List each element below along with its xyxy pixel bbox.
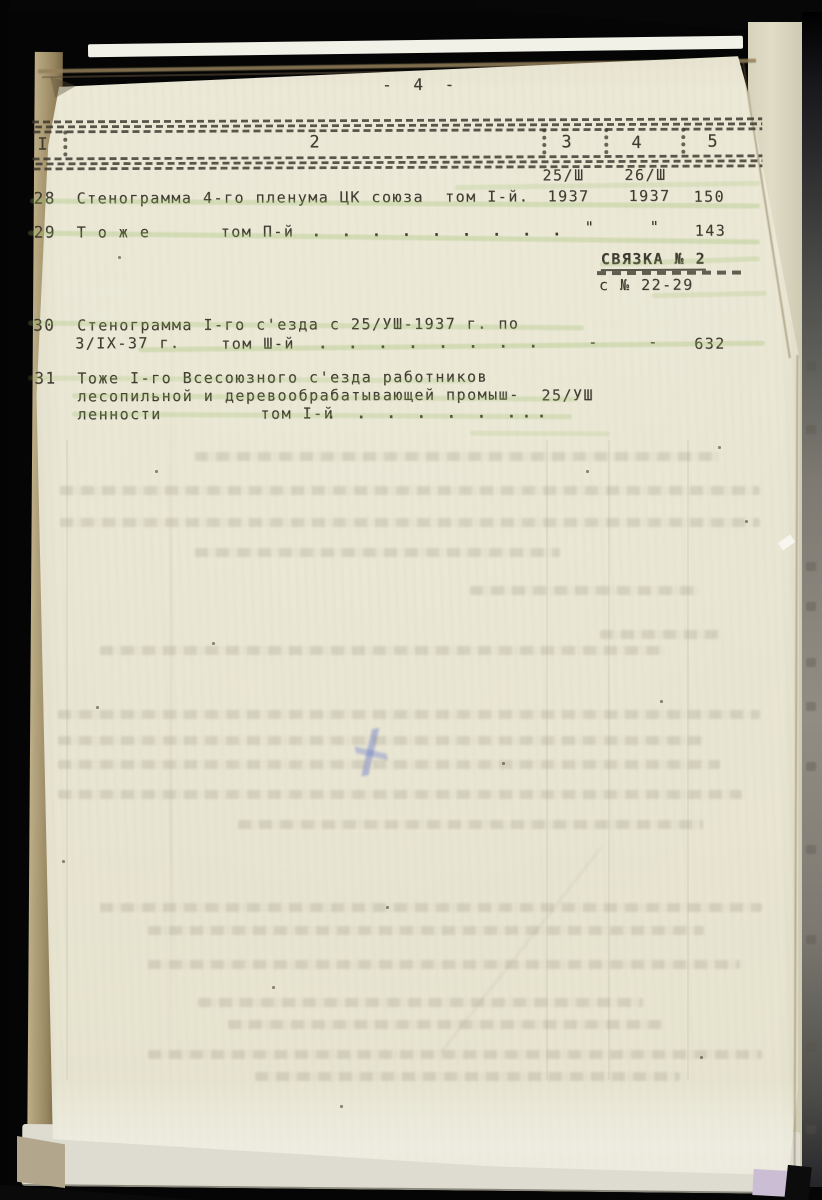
green-highlight-stroke xyxy=(30,198,760,208)
bleedthrough-text-line xyxy=(58,760,720,769)
green-highlight-stroke xyxy=(600,256,760,267)
green-highlight-stroke xyxy=(652,291,767,298)
green-highlight-stroke xyxy=(28,321,584,331)
bleedthrough-text-line xyxy=(100,646,665,655)
bleedthrough-text-line xyxy=(600,630,720,639)
paper-speck xyxy=(118,256,121,259)
green-highlight-stroke xyxy=(470,431,610,437)
paper-speck xyxy=(96,706,99,709)
paper-speck xyxy=(502,762,505,765)
bleedthrough-text-line xyxy=(470,586,700,595)
bleedthrough-text-line xyxy=(100,903,762,912)
bleedthrough-text-line xyxy=(148,960,740,969)
page-stack-mark xyxy=(806,762,816,771)
bleedthrough-text-line xyxy=(60,518,760,527)
green-highlight-stroke xyxy=(455,181,760,190)
archival-book-scan: - 4 - I 2 3 4 5 25/Ш 26/Ш 28 Стенограмма… xyxy=(0,0,822,1200)
page-stack-mark xyxy=(806,658,816,667)
green-highlight-stroke xyxy=(72,412,572,420)
paper-speck xyxy=(272,986,275,989)
paper-speck xyxy=(340,1105,343,1108)
page-stack-mark xyxy=(806,562,816,571)
bleedthrough-text-line xyxy=(228,1020,663,1029)
bleedthrough-text-line xyxy=(60,486,760,495)
paper-speck xyxy=(386,906,389,909)
page-stack-mark xyxy=(806,362,816,371)
green-highlight-stroke xyxy=(28,375,473,383)
paper-speck xyxy=(660,700,663,703)
bleedthrough-column-line xyxy=(608,440,610,1080)
bleedthrough-text-line xyxy=(195,548,560,557)
green-highlight-stroke xyxy=(72,393,577,402)
bleedthrough-column-line xyxy=(687,440,689,1080)
bleedthrough-text-line xyxy=(198,998,643,1007)
page-stack-mark xyxy=(806,935,816,944)
bleedthrough-text-line xyxy=(58,710,760,719)
bleedthrough-text-line xyxy=(255,1072,680,1081)
page-stack-mark xyxy=(806,318,816,327)
green-highlight-stroke xyxy=(28,231,760,245)
page-stack-mark xyxy=(806,702,816,711)
paper-speck xyxy=(700,1056,703,1059)
bleedthrough-text-line xyxy=(148,926,704,935)
paper-speck xyxy=(718,446,721,449)
page-stack-mark xyxy=(806,1042,816,1051)
page-edge-notch xyxy=(778,535,795,551)
paper-artifacts-layer xyxy=(0,0,822,1200)
page-stack-mark xyxy=(806,1125,816,1134)
bleedthrough-column-line xyxy=(66,440,68,1080)
page-stack-mark xyxy=(806,845,816,854)
paper-speck xyxy=(745,520,748,523)
bleedthrough-text-line xyxy=(58,736,703,745)
paper-speck xyxy=(155,470,158,473)
paper-speck xyxy=(212,642,215,645)
bleedthrough-text-line xyxy=(238,820,703,829)
blue-pencil-mark xyxy=(352,727,390,776)
paper-speck xyxy=(586,470,589,473)
bleedthrough-text-line xyxy=(148,1050,762,1059)
bleedthrough-text-line xyxy=(58,790,742,799)
page-stack-mark xyxy=(806,425,816,434)
bleedthrough-column-line xyxy=(546,440,548,1080)
page-stack-mark xyxy=(806,602,816,611)
paper-speck xyxy=(62,860,65,863)
bleedthrough-text-line xyxy=(195,452,720,461)
green-highlight-stroke xyxy=(138,341,765,353)
